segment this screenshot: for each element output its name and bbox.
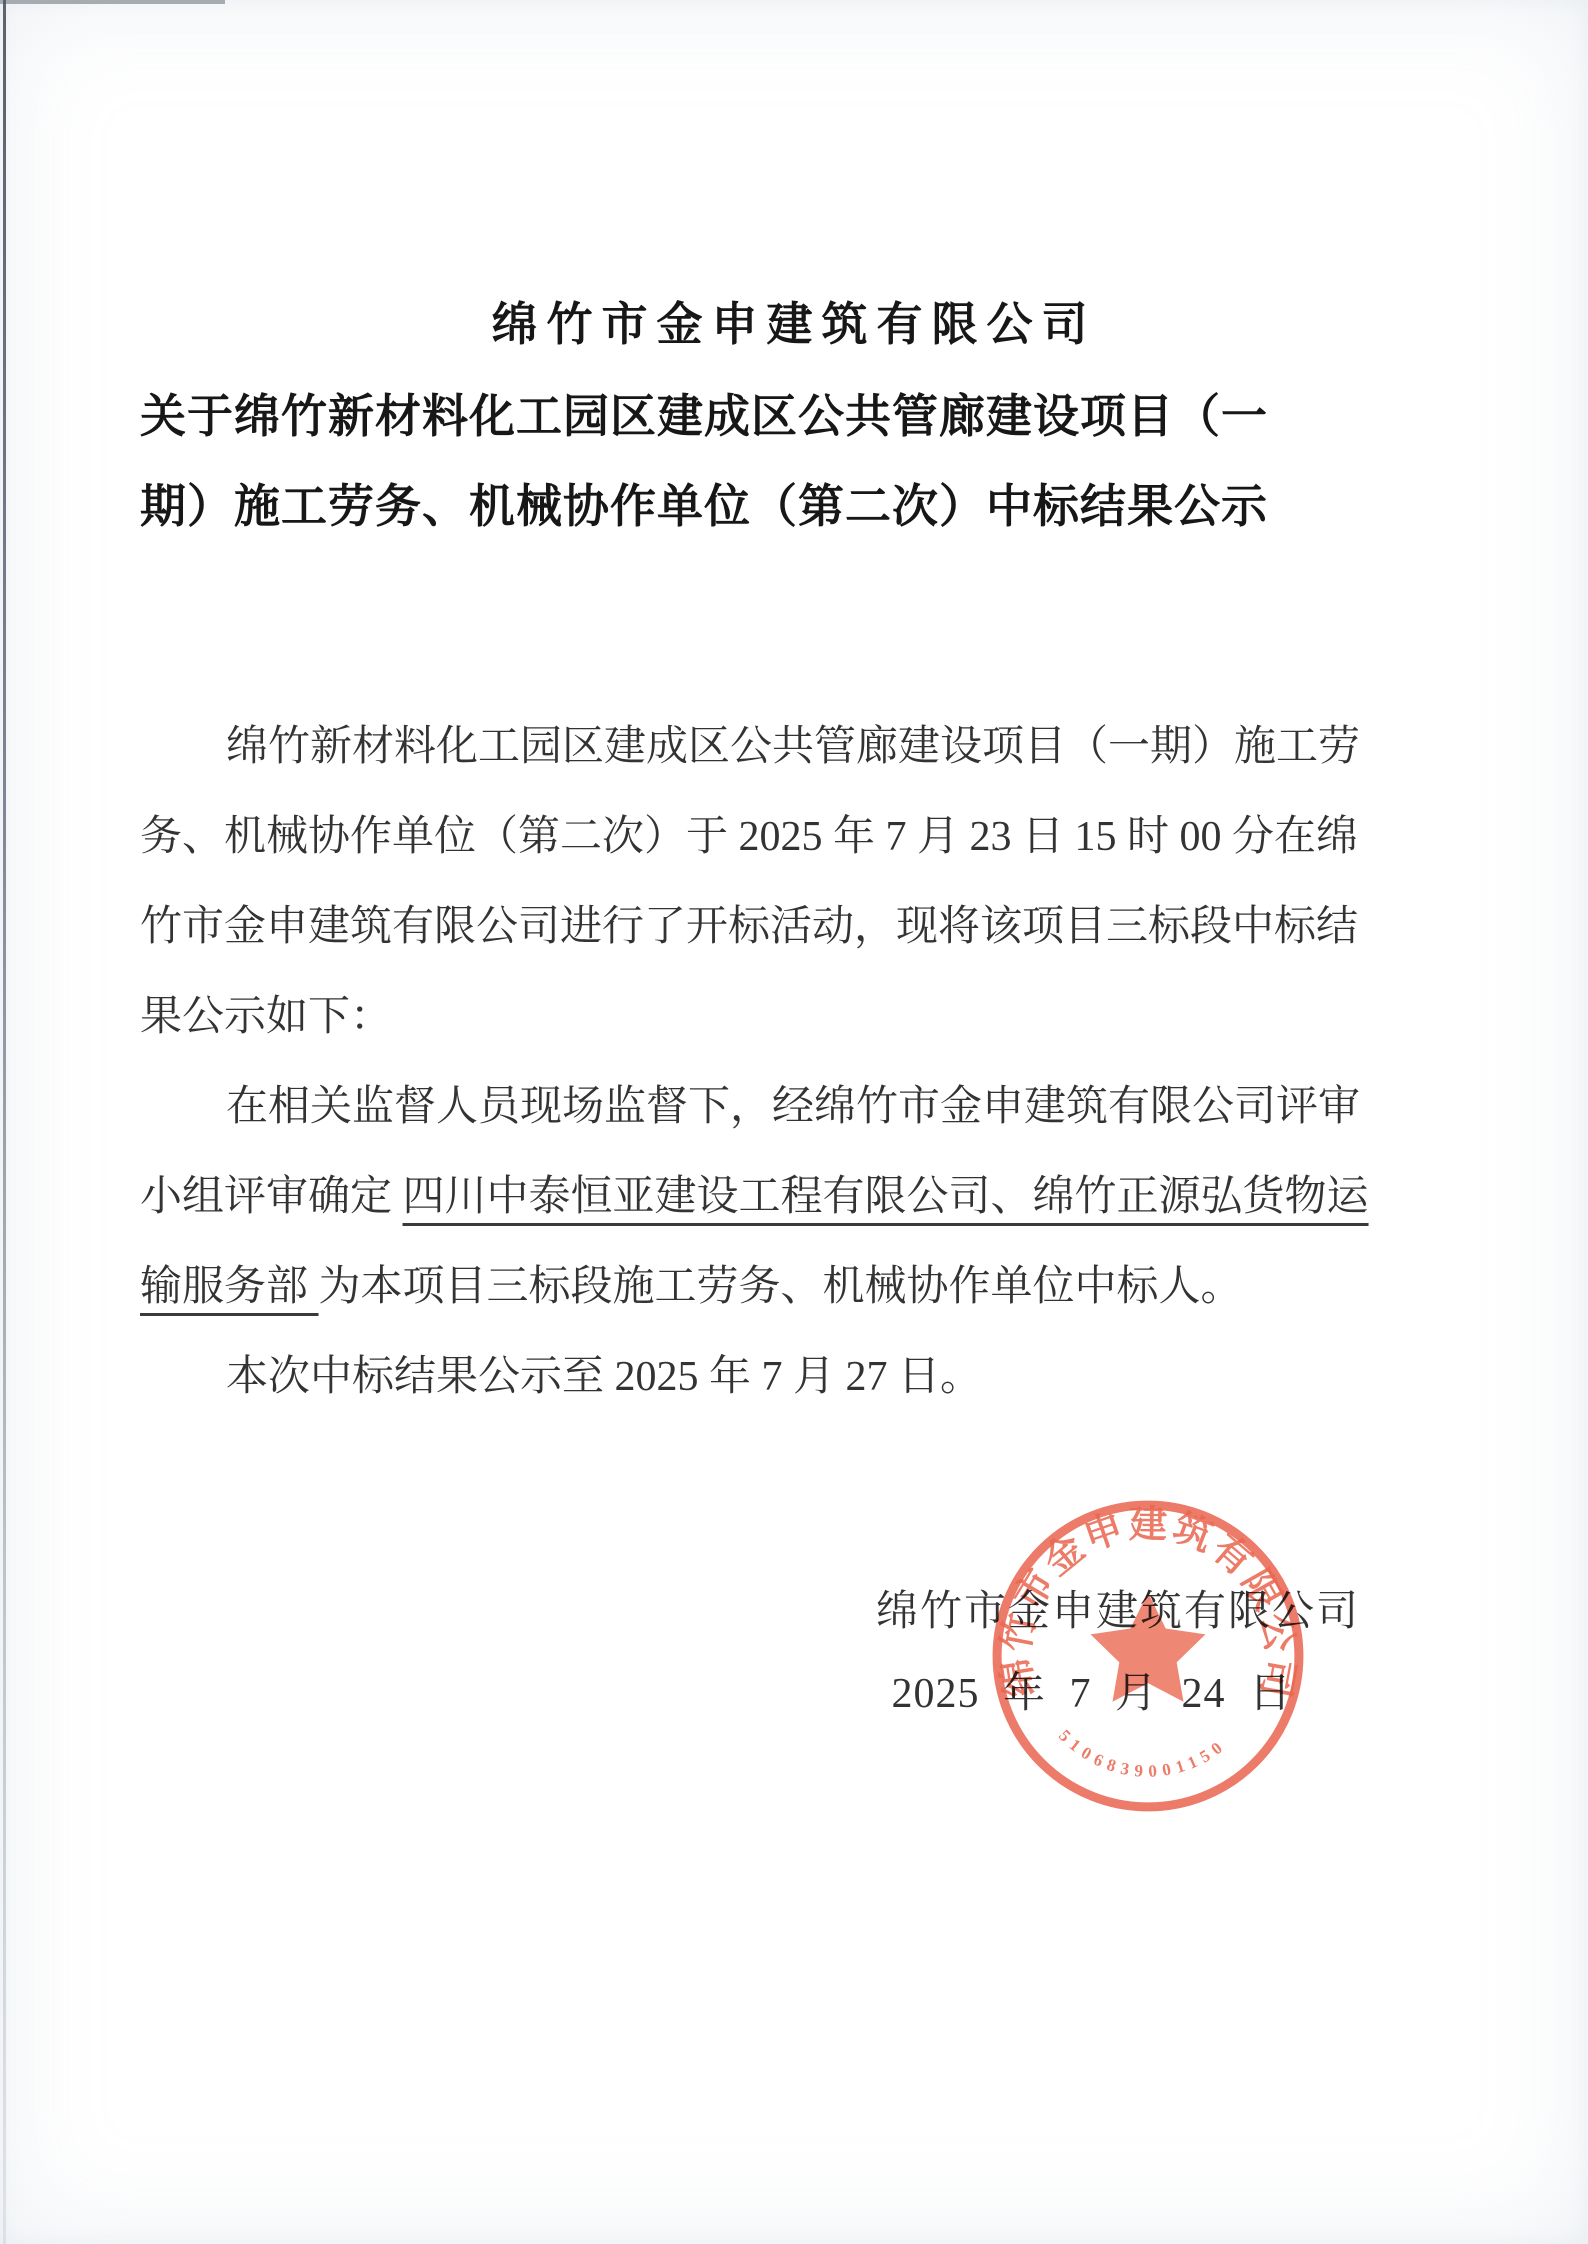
paragraph-3-line-1: 本次中标结果公示至 2025 年 7 月 27 日。 — [140, 1332, 1508, 1422]
company-seal: 绵竹市金申建筑有限公司 5106839001150 — [982, 1490, 1314, 1822]
paragraph-1-line-4: 果公示如下： — [140, 972, 1508, 1062]
paragraph-1-line-3: 竹市金申建筑有限公司进行了开标活动，现将该项目三标段中标结 — [140, 882, 1508, 972]
winner-name-underlined-part-1: 四川中泰恒亚建设工程有限公司、绵竹正源弘货物运 — [403, 1174, 1369, 1220]
winner-name-underlined-part-2: 输服务部 — [140, 1264, 319, 1310]
scan-artifact-top-edge — [0, 0, 225, 4]
scanned-document-page: 绵竹市金申建筑有限公司 关于绵竹新材料化工园区建成区公共管廊建设项目（一 期）施… — [0, 0, 1588, 2244]
paragraph-2-line-1: 在相关监督人员现场监督下，经绵竹市金申建筑有限公司评审 — [140, 1062, 1508, 1152]
document-title-line-2: 期）施工劳务、机械协作单位（第二次）中标结果公示 — [140, 470, 1268, 536]
paragraph-1-line-1: 绵竹新材料化工园区建成区公共管廊建设项目（一期）施工劳 — [140, 702, 1508, 792]
paragraph-1-line-2: 务、机械协作单位（第二次）于 2025 年 7 月 23 日 15 时 00 分… — [140, 792, 1508, 882]
paragraph-2-line-3-plain: 为本项目三标段施工劳务、机械协作单位中标人。 — [319, 1264, 1243, 1310]
paragraph-2-line-2: 小组评审确定 四川中泰恒亚建设工程有限公司、绵竹正源弘货物运 — [140, 1152, 1508, 1242]
paragraph-2-line-3: 输服务部 为本项目三标段施工劳务、机械协作单位中标人。 — [140, 1242, 1508, 1332]
seal-number: 5106839001150 — [1055, 1726, 1230, 1781]
paragraph-2-line-2-plain: 小组评审确定 — [140, 1174, 403, 1220]
document-body: 绵竹新材料化工园区建成区公共管廊建设项目（一期）施工劳 务、机械协作单位（第二次… — [140, 702, 1508, 1422]
seal-star-icon — [1091, 1593, 1206, 1702]
document-title-line-1: 关于绵竹新材料化工园区建成区公共管廊建设项目（一 — [140, 380, 1268, 446]
company-title: 绵竹市金申建筑有限公司 — [0, 288, 1588, 354]
